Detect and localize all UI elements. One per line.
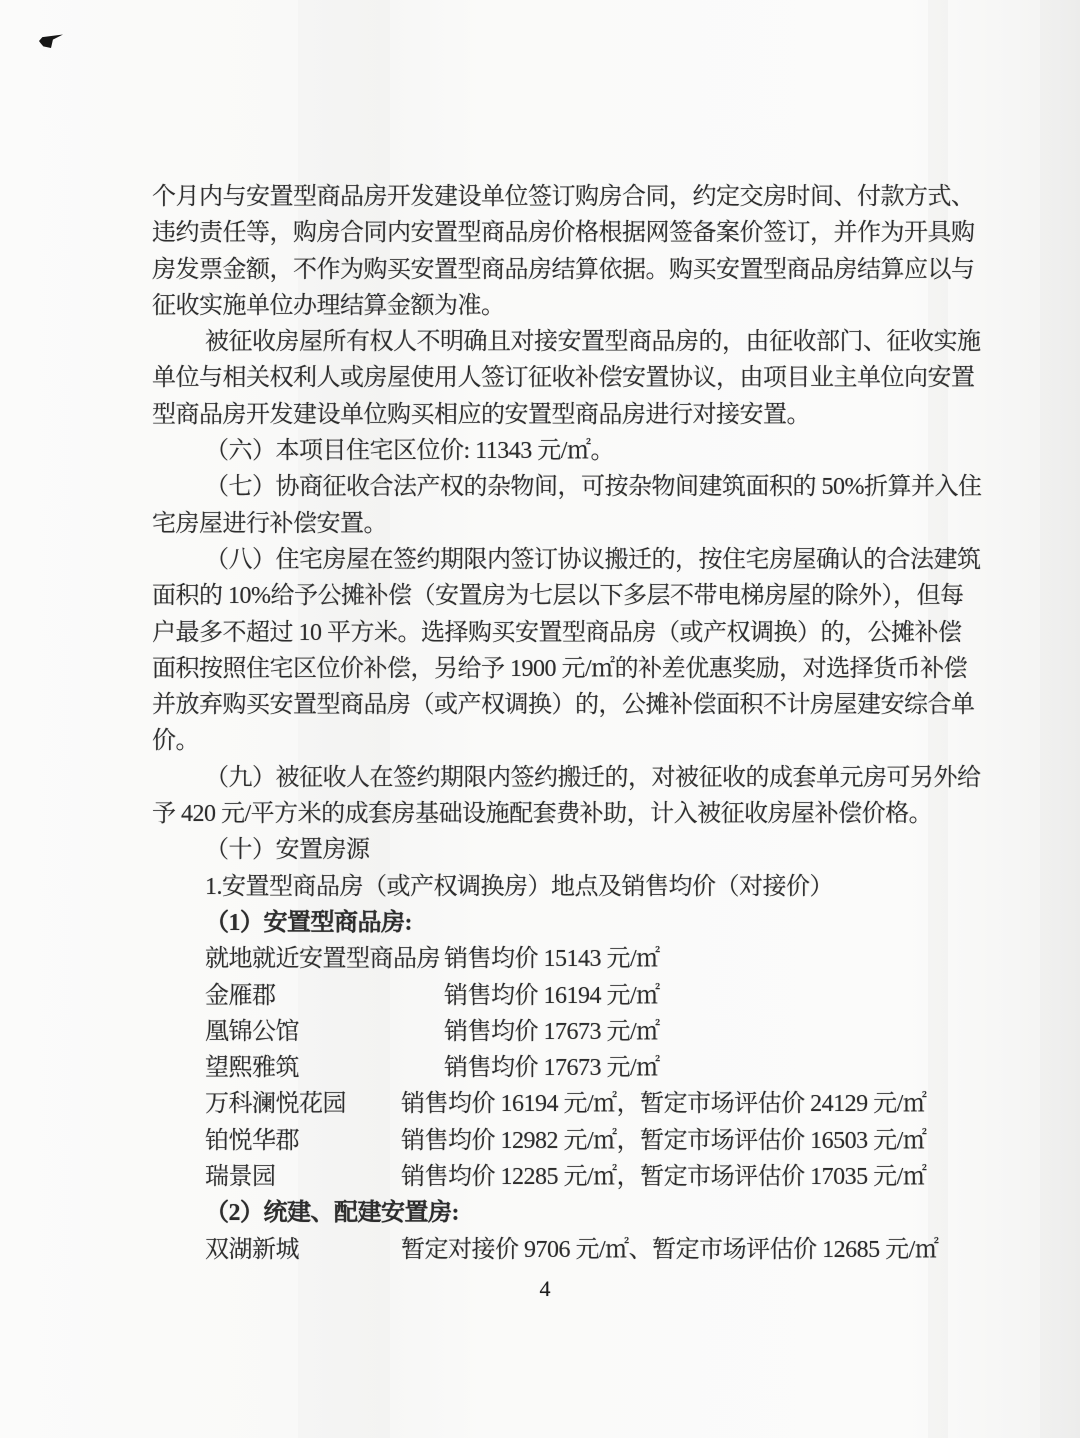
price-row: 铂悦华郡销售均价 12982 元/㎡，暂定市场评估价 16503 元/㎡ <box>152 1123 938 1159</box>
document-body: 个月内与安置型商品房开发建设单位签订购房合同，约定交房时间、付款方式、违约责任等… <box>152 179 938 1268</box>
price-text: 销售均价 16194 元/㎡ <box>444 978 660 1014</box>
price-text: 销售均价 12285 元/㎡，暂定市场评估价 17035 元/㎡ <box>401 1159 926 1195</box>
property-name: 瑞景园 <box>205 1159 401 1195</box>
document-line: （1）安置型商品房: <box>152 905 938 941</box>
document-line: 违约责任等，购房合同内安置型商品房价格根据网签备案价签订，并作为开具购 <box>152 215 938 251</box>
price-row: 万科澜悦花园销售均价 16194 元/㎡，暂定市场评估价 24129 元/㎡ <box>152 1086 938 1122</box>
property-name: 万科澜悦花园 <box>205 1086 401 1122</box>
document-line: 户最多不超过 10 平方米。选择购买安置型商品房（或产权调换）的，公摊补偿 <box>152 615 938 651</box>
document-line: 宅房屋进行补偿安置。 <box>152 506 938 542</box>
price-row: 金雁郡销售均价 16194 元/㎡ <box>152 978 938 1014</box>
price-row: 凰锦公馆销售均价 17673 元/㎡ <box>152 1014 938 1050</box>
property-name: 凰锦公馆 <box>205 1014 444 1050</box>
property-name: 就地就近安置型商品房 <box>205 941 444 977</box>
document-line: 予 420 元/平方米的成套房基础设施配套费补助，计入被征收房屋补偿价格。 <box>152 796 938 832</box>
document-line: 单位与相关权利人或房屋使用人签订征收补偿安置协议，由项目业主单位向安置 <box>152 360 938 396</box>
price-row: 就地就近安置型商品房销售均价 15143 元/㎡ <box>152 941 938 977</box>
price-text: 暂定对接价 9706 元/㎡、暂定市场评估价 12685 元/㎡ <box>401 1232 938 1268</box>
property-name: 望熙雅筑 <box>205 1050 444 1086</box>
document-line: 个月内与安置型商品房开发建设单位签订购房合同，约定交房时间、付款方式、 <box>152 179 938 215</box>
price-text: 销售均价 15143 元/㎡ <box>444 941 660 977</box>
property-name: 双湖新城 <box>205 1232 401 1268</box>
document-line: 被征收房屋所有权人不明确且对接安置型商品房的，由征收部门、征收实施 <box>152 324 938 360</box>
document-line: 征收实施单位办理结算金额为准。 <box>152 288 938 324</box>
subheading: （2）统建、配建安置房: <box>152 1195 938 1231</box>
document-line: （六）本项目住宅区位价: 11343 元/㎡。 <box>152 433 938 469</box>
price-row: 望熙雅筑销售均价 17673 元/㎡ <box>152 1050 938 1086</box>
price-text: 销售均价 17673 元/㎡ <box>444 1014 660 1050</box>
price-text: 销售均价 12982 元/㎡，暂定市场评估价 16503 元/㎡ <box>401 1123 926 1159</box>
document-line: 面积按照住宅区位价补偿，另给予 1900 元/㎡的补差优惠奖励，对选择货币补偿 <box>152 651 938 687</box>
document-line: （八）住宅房屋在签约期限内签订协议搬迁的，按住宅房屋确认的合法建筑 <box>152 542 938 578</box>
price-row: 瑞景园销售均价 12285 元/㎡，暂定市场评估价 17035 元/㎡ <box>152 1159 938 1195</box>
document-line: 房发票金额，不作为购买安置型商品房结算依据。购买安置型商品房结算应以与 <box>152 252 938 288</box>
price-text: 销售均价 16194 元/㎡，暂定市场评估价 24129 元/㎡ <box>401 1086 926 1122</box>
property-name: 铂悦华郡 <box>205 1123 401 1159</box>
page-number: 4 <box>152 1276 938 1302</box>
document-line: 并放弃购买安置型商品房（或产权调换）的，公摊补偿面积不计房屋建安综合单 <box>152 687 938 723</box>
document-line: （七）协商征收合法产权的杂物间，可按杂物间建筑面积的 50%折算并入住 <box>152 469 938 505</box>
document-line: 面积的 10%给予公摊补偿（安置房为七层以下多层不带电梯房屋的除外），但每 <box>152 578 938 614</box>
document-line: 型商品房开发建设单位购买相应的安置型商品房进行对接安置。 <box>152 397 938 433</box>
scan-streak <box>1040 0 1080 1438</box>
scanned-document-page: 个月内与安置型商品房开发建设单位签订购房合同，约定交房时间、付款方式、违约责任等… <box>0 0 1080 1438</box>
price-row: 双湖新城暂定对接价 9706 元/㎡、暂定市场评估价 12685 元/㎡ <box>152 1232 938 1268</box>
property-name: 金雁郡 <box>205 978 444 1014</box>
document-line: 价。 <box>152 723 938 759</box>
document-line: （九）被征收人在签约期限内签约搬迁的，对被征收的成套单元房可另外给 <box>152 760 938 796</box>
document-line: （十）安置房源 <box>152 832 938 868</box>
scan-artifact-mark-icon <box>39 34 63 48</box>
document-line: 1.安置型商品房（或产权调换房）地点及销售均价（对接价） <box>152 869 938 905</box>
price-text: 销售均价 17673 元/㎡ <box>444 1050 660 1086</box>
